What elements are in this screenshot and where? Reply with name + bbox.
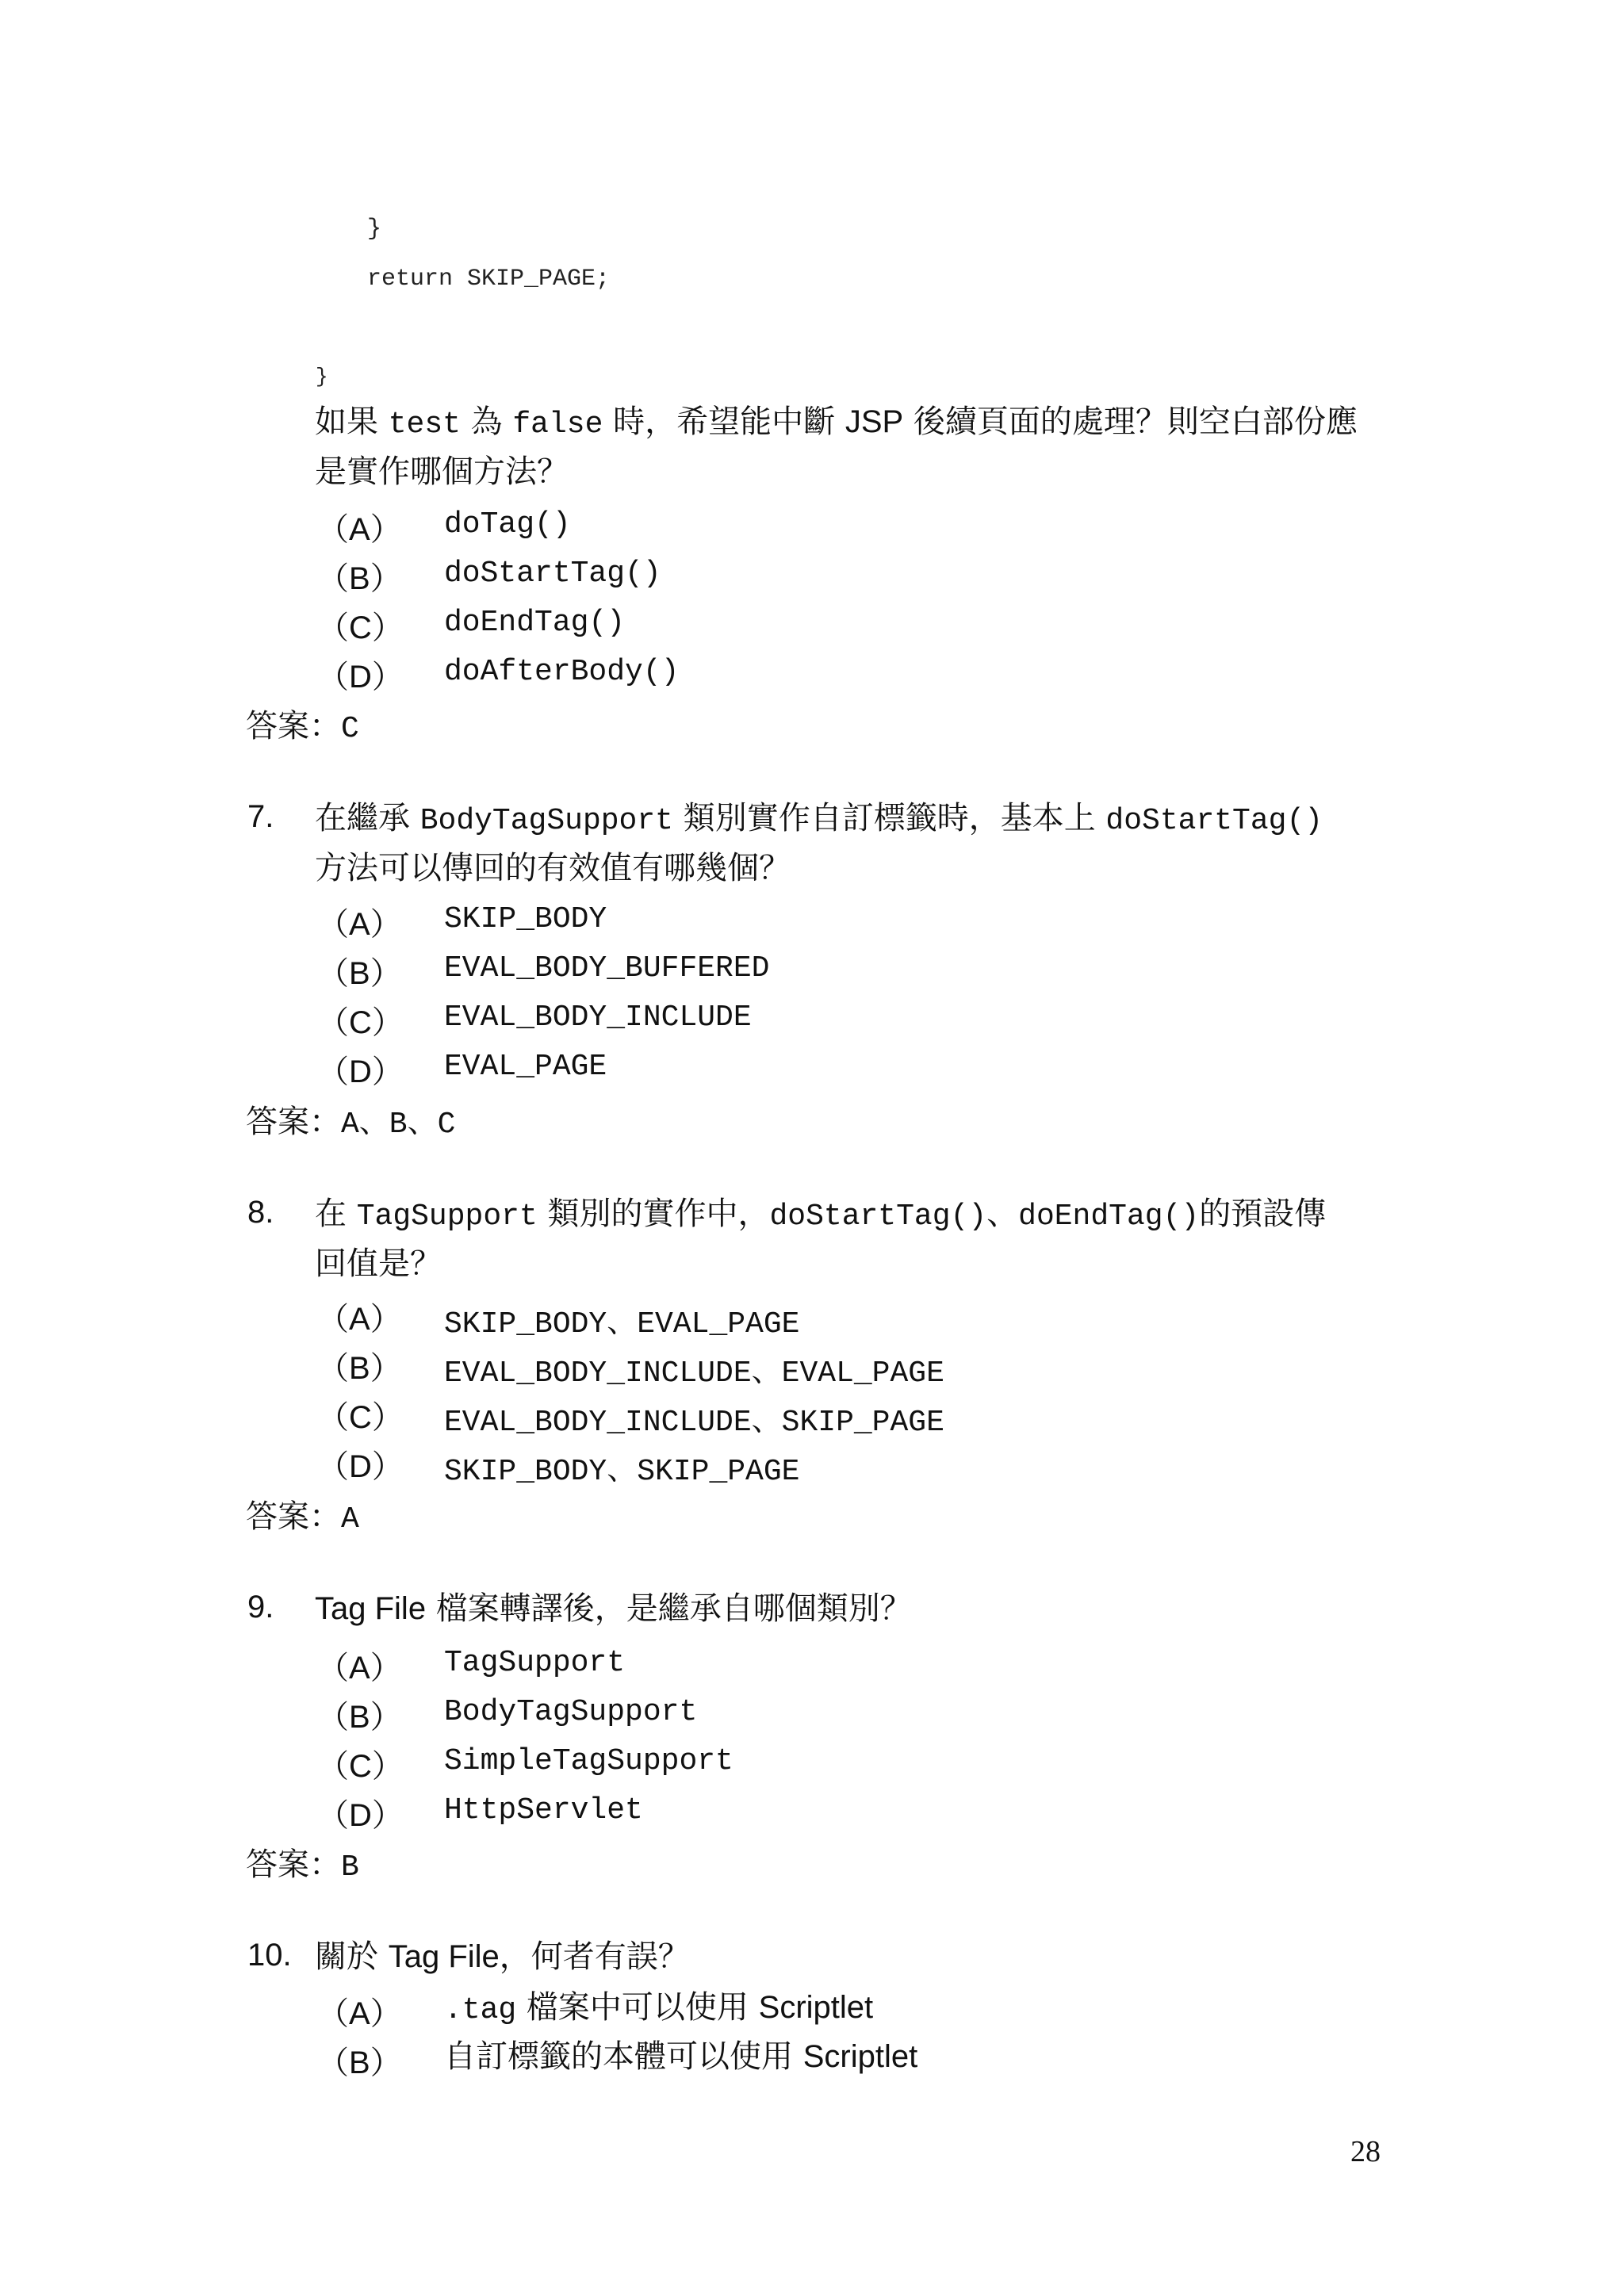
q9-answer: 答案：B <box>246 1839 359 1885</box>
q6-option-d-label: （D） <box>317 652 404 697</box>
question-7-text-line-1: 在繼承 BodyTagSupport 類別實作自訂標籤時，基本上 doStart… <box>315 799 1323 840</box>
q7-option-c-text: EVAL_BODY_INCLUDE <box>444 1001 752 1035</box>
question-10-text-line-1: 關於 Tag File，何者有誤？ <box>315 1938 690 1976</box>
q8-option-b-text: EVAL_BODY_INCLUDE、EVAL_PAGE <box>444 1346 944 1391</box>
q9-option-c-label: （C） <box>317 1741 404 1786</box>
q7-option-d-label: （D） <box>317 1047 404 1092</box>
q8-option-c-text: EVAL_BODY_INCLUDE、SKIP_PAGE <box>444 1395 944 1440</box>
q9-option-c-text: SimpleTagSupport <box>444 1744 733 1778</box>
q8-answer: 答案：A <box>246 1491 359 1536</box>
code-return-statement: return SKIP_PAGE; <box>367 266 610 293</box>
q6-option-c-label: （C） <box>317 603 404 648</box>
q6-text: 如果 <box>315 404 389 440</box>
q8-option-a-label: （A） <box>317 1294 402 1339</box>
q6-option-d-text: doAfterBody() <box>444 655 679 689</box>
q8-option-b-label: （B） <box>317 1343 402 1388</box>
q6-text: 後續頁面的處理？則空白部份應 <box>903 404 1358 440</box>
q6-code-test: test <box>389 408 461 442</box>
q6-text: 時，希望能中斷 <box>603 404 845 440</box>
q10-option-a-label: （A） <box>317 1988 402 2034</box>
q6-option-a-text: doTag() <box>444 507 571 541</box>
q8-code-tagsupport: TagSupport <box>357 1200 538 1234</box>
question-9-text-line-1: Tag File 檔案轉譯後，是繼承自哪個類別？ <box>315 1590 912 1628</box>
q7-option-d-text: EVAL_PAGE <box>444 1050 607 1084</box>
q7-code-dostarttag: doStartTag() <box>1105 804 1323 838</box>
q7-option-c-label: （C） <box>317 997 404 1043</box>
q6-text: 為 <box>461 404 512 440</box>
code-closing-brace-inner: } <box>367 216 381 243</box>
q8-code-doendtag: doEndTag() <box>1018 1200 1199 1234</box>
q9-option-b-text: BodyTagSupport <box>444 1695 697 1729</box>
q8-option-a-text: SKIP_BODY、EVAL_PAGE <box>444 1297 799 1341</box>
q7-option-a-text: SKIP_BODY <box>444 902 607 936</box>
q7-option-b-label: （B） <box>317 948 402 993</box>
question-6-text-line-2: 是實作哪個方法？ <box>315 453 569 491</box>
q6-option-b-label: （B） <box>317 553 402 599</box>
q8-option-c-label: （C） <box>317 1392 404 1437</box>
q9-option-a-label: （A） <box>317 1643 402 1688</box>
question-8-number: 8. <box>247 1195 274 1230</box>
q6-jsp: JSP <box>845 404 903 439</box>
q7-option-a-label: （A） <box>317 899 402 944</box>
question-7-text-line-2: 方法可以傳回的有效值有哪幾個？ <box>315 849 791 887</box>
q10-option-b-text: 自訂標籤的本體可以使用 Scriptlet <box>444 2038 917 2076</box>
q9-tag-file: Tag File <box>315 1591 426 1626</box>
question-7-number: 7. <box>247 799 274 835</box>
q9-option-d-label: （D） <box>317 1790 404 1835</box>
q8-option-d-label: （D） <box>317 1441 404 1487</box>
q9-option-b-label: （B） <box>317 1692 402 1737</box>
q9-option-d-text: HttpServlet <box>444 1793 643 1827</box>
q6-option-a-label: （A） <box>317 504 402 549</box>
q6-option-b-text: doStartTag() <box>444 557 661 591</box>
question-8-text-line-2: 回值是？ <box>315 1245 442 1283</box>
q7-code-bodytagsupport: BodyTagSupport <box>420 804 673 838</box>
q10-option-b-label: （B） <box>317 2038 402 2083</box>
q6-option-c-text: doEndTag() <box>444 606 625 640</box>
q8-option-d-text: SKIP_BODY、SKIP_PAGE <box>444 1445 799 1489</box>
q6-code-false: false <box>512 408 603 442</box>
q10-option-a-text: .tag 檔案中可以使用 Scriptlet <box>444 1988 873 2030</box>
question-8-text-line-1: 在 TagSupport 類別的實作中，doStartTag()、doEndTa… <box>315 1195 1326 1236</box>
q8-code-dostarttag: doStartTag() <box>769 1200 986 1234</box>
code-closing-brace-outer: } <box>316 365 328 388</box>
question-6-text-line-1: 如果 test 為 false 時，希望能中斷 JSP 後續頁面的處理？則空白部… <box>315 403 1358 444</box>
question-10-number: 10. <box>247 1938 292 1973</box>
q7-answer: 答案：A、B、C <box>246 1096 455 1142</box>
q6-answer: 答案：C <box>246 701 359 746</box>
question-9-number: 9. <box>247 1590 274 1625</box>
page-number: 28 <box>1350 2134 1381 2169</box>
q10-tag-file: Tag File <box>389 1939 500 1974</box>
q7-option-b-text: EVAL_BODY_BUFFERED <box>444 951 769 985</box>
q9-option-a-text: TagSupport <box>444 1646 625 1680</box>
